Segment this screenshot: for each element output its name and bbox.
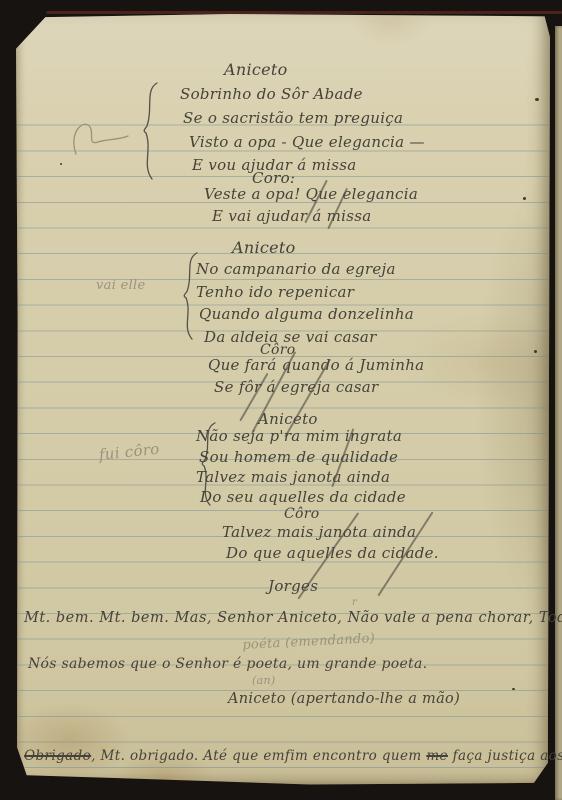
struck-word-me: me (426, 748, 448, 764)
paper-speck (512, 688, 515, 690)
struck-word-obrigado: Obrigado (24, 748, 91, 764)
stanza1-line: Se o sacristão tem preguiça (183, 109, 403, 127)
stanza1-line: Sobrinho do Sôr Abade (180, 85, 363, 103)
pencil-cue-an: (an) (252, 674, 275, 687)
stanza2-line: Quando alguma donzelinha (199, 305, 414, 323)
stanza3-line: Sou homem de qualidade (199, 448, 398, 466)
stanza3-line: Não seja p'ra mim ingrata (196, 427, 402, 445)
pencil-squiggle (68, 112, 138, 167)
stanza3-coro-heading: Côro (284, 506, 319, 522)
notebook-cover-edge (46, 11, 562, 14)
stanza1-coro-line: E vai ajudar á missa (212, 207, 372, 225)
stanza2-line: Tenho ido repenicar (196, 283, 354, 301)
stanza3-coro-line: Talvez mais janota ainda (222, 523, 416, 541)
paper-speck (60, 163, 62, 165)
speaker-aniceto-stage-direction: Aniceto (apertando-lhe a mão) (228, 691, 460, 707)
next-page-edge (555, 26, 562, 800)
paper-speck (535, 98, 539, 101)
dialogue-line-1: Mt. bem. Mt. bem. Mas, Senhor Aniceto, N… (24, 610, 562, 626)
stanza1-heading: Aniceto (224, 60, 288, 79)
stanza3-line: Do seu aquelles da cidade (200, 488, 406, 506)
paper-speck (523, 197, 526, 200)
margin-note-vai-elle: vai elle (96, 278, 146, 293)
dialogue-line-3: Obrigado, Mt. obrigado. Até que emfim en… (24, 748, 562, 764)
tiny-pencil-mark: r (352, 597, 357, 608)
stanza2-coro-line: Que fará quando á Juminha (208, 356, 424, 374)
stanza2-heading: Aniceto (232, 238, 296, 257)
photo-background: Aniceto Sobrinho do Sôr Abade Se o sacri… (0, 0, 562, 800)
stanza3-heading: Aniceto (258, 410, 318, 428)
paper-speck (534, 350, 537, 353)
dialogue-line-3a: , Mt. obrigado. Até que emfim encontro q… (91, 748, 426, 764)
dialogue-line-2: Nós sabemos que o Senhor é poeta, um gra… (28, 656, 427, 672)
stanza2-line: No campanario da egreja (196, 260, 396, 278)
stanza2-coro-line: Se fôr á egreja casar (214, 378, 379, 396)
dialogue-line-2b: um grande poeta. (292, 656, 427, 672)
dialogue-line-3b: faça justiça aos meus (448, 748, 562, 764)
stanza1-line: Visto a opa - Que elegancia — (189, 133, 425, 151)
dialogue-line-2a: Nós sabemos que o Senhor é poeta, (28, 656, 292, 672)
stanza1-coro-line: Veste a opa! Que elegancia (204, 185, 418, 203)
stanza-brace (138, 82, 162, 180)
stanza3-line: Talvez mais janota ainda (196, 468, 390, 486)
